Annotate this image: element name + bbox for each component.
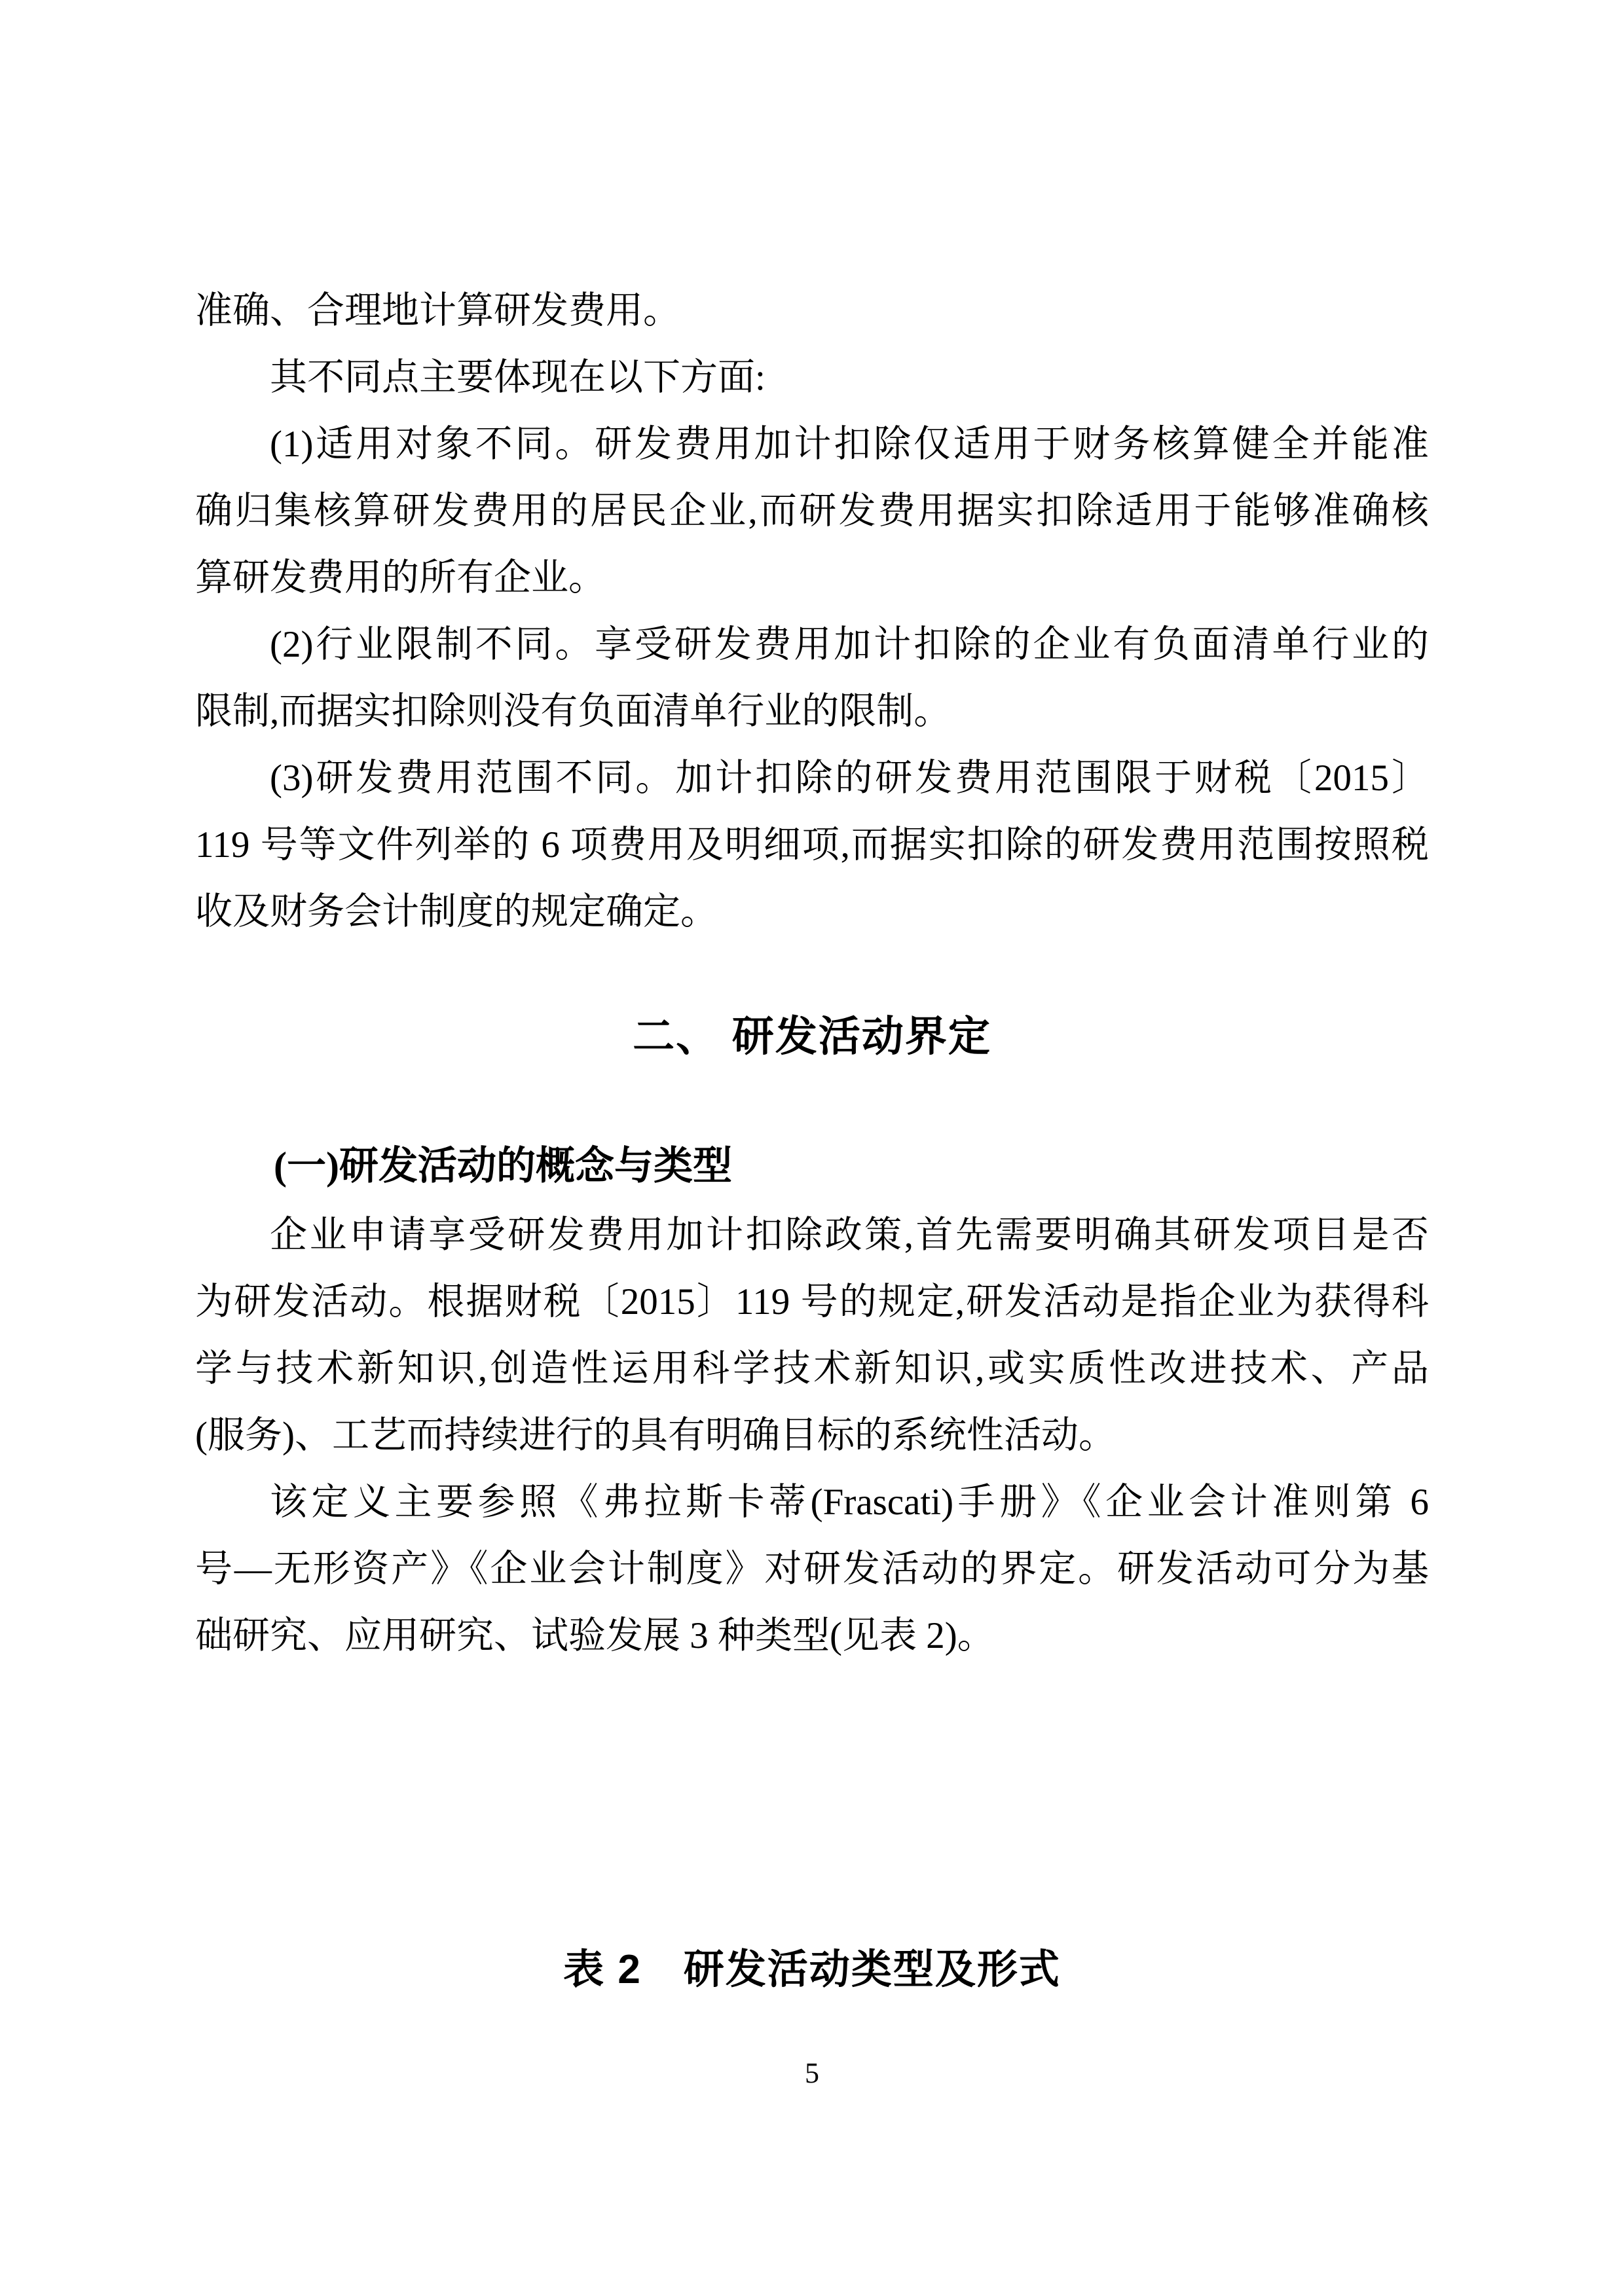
text-line: 119 号等文件列举的 6 项费用及明细项,而据实扣除的研发费用范围按照税 bbox=[195, 812, 1429, 879]
text-line: 算研发费用的所有企业。 bbox=[195, 545, 1429, 611]
paragraph: 该定义主要参照《弗拉斯卡蒂(Frascati)手册》《企业会计准则第 6 号—无… bbox=[195, 1469, 1429, 1669]
text-line: (3)研发费用范围不同。加计扣除的研发费用范围限于财税〔2015〕 bbox=[195, 745, 1429, 812]
text-line: 为研发活动。根据财税〔2015〕119 号的规定,研发活动是指企业为获得科 bbox=[195, 1269, 1429, 1336]
text-line: (1)适用对象不同。研发费用加计扣除仅适用于财务核算健全并能准 bbox=[195, 411, 1429, 478]
text-block: 准确、合理地计算研发费用。 其不同点主要体现在以下方面: (1)适用对象不同。研… bbox=[195, 278, 1429, 1669]
text-line: 收及财务会计制度的规定确定。 bbox=[195, 879, 1429, 945]
paragraph-item-2: (2)行业限制不同。享受研发费用加计扣除的企业有负面清单行业的 限制,而据实扣除… bbox=[195, 611, 1429, 745]
text-line: 号—无形资产》《企业会计制度》对研发活动的界定。研发活动可分为基 bbox=[195, 1536, 1429, 1603]
document-page: 准确、合理地计算研发费用。 其不同点主要体现在以下方面: (1)适用对象不同。研… bbox=[0, 0, 1624, 2296]
text-line: 确归集核算研发费用的居民企业,而研发费用据实扣除适用于能够准确核 bbox=[195, 478, 1429, 545]
text-line: 准确、合理地计算研发费用。 bbox=[195, 278, 1429, 344]
subsection-heading: (一)研发活动的概念与类型 bbox=[195, 1133, 1429, 1199]
section-heading: 二、 研发活动界定 bbox=[195, 1003, 1429, 1070]
text-line: 企业申请享受研发费用加计扣除政策,首先需要明确其研发项目是否 bbox=[195, 1202, 1429, 1269]
text-line: (服务)、工艺而持续进行的具有明确目标的系统性活动。 bbox=[195, 1402, 1429, 1469]
page-number: 5 bbox=[0, 2057, 1624, 2090]
text-line: 限制,而据实扣除则没有负面清单行业的限制。 bbox=[195, 678, 1429, 745]
paragraph: 其不同点主要体现在以下方面: bbox=[195, 344, 1429, 411]
paragraph-item-3: (3)研发费用范围不同。加计扣除的研发费用范围限于财税〔2015〕 119 号等… bbox=[195, 745, 1429, 945]
paragraph-item-1: (1)适用对象不同。研发费用加计扣除仅适用于财务核算健全并能准 确归集核算研发费… bbox=[195, 411, 1429, 611]
paragraph: 企业申请享受研发费用加计扣除政策,首先需要明确其研发项目是否 为研发活动。根据财… bbox=[195, 1202, 1429, 1469]
text-line: 础研究、应用研究、试验发展 3 种类型(见表 2)。 bbox=[195, 1603, 1429, 1669]
text-line: 该定义主要参照《弗拉斯卡蒂(Frascati)手册》《企业会计准则第 6 bbox=[195, 1469, 1429, 1536]
paragraph-continuation: 准确、合理地计算研发费用。 bbox=[195, 278, 1429, 344]
text-line: (2)行业限制不同。享受研发费用加计扣除的企业有负面清单行业的 bbox=[195, 611, 1429, 678]
table-caption: 表 2 研发活动类型及形式 bbox=[0, 1937, 1624, 2003]
text-line: 学与技术新知识,创造性运用科学技术新知识,或实质性改进技术、产品 bbox=[195, 1336, 1429, 1402]
text-line: 其不同点主要体现在以下方面: bbox=[195, 344, 1429, 411]
